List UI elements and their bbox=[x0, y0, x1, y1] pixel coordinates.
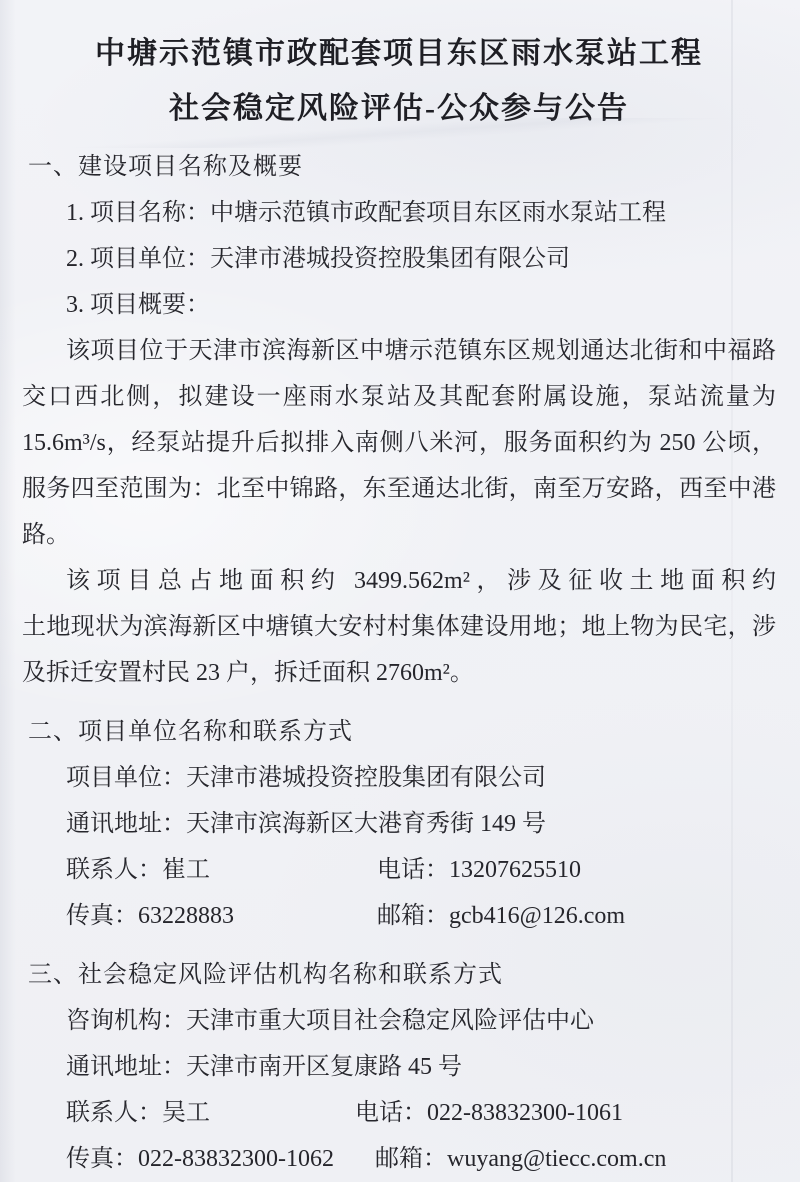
owner-unit-row: 项目单位：天津市港城投资控股集团有限公司 bbox=[66, 755, 776, 801]
assessor-fax: 传真：022-83832300-1062 bbox=[66, 1146, 334, 1172]
summary-paragraph-2-line-2: 土地现状为滨海新区中塘镇大安村村集体建设用地；地上物为民宅，涉 bbox=[22, 604, 776, 650]
summary-paragraph-1-line-2: 交口西北侧，拟建设一座雨水泵站及其配套附属设施，泵站流量为 bbox=[22, 374, 776, 420]
owner-address-row: 通讯地址：天津市滨海新区大港育秀街 149 号 bbox=[66, 801, 776, 847]
assessor-email: 邮箱：wuyang@tiecc.com.cn bbox=[375, 1136, 666, 1182]
assessor-contact-row: 联系人：吴工 电话：022-83832300-1061 bbox=[66, 1090, 776, 1136]
project-summary-item: 3. 项目概要： bbox=[66, 282, 776, 328]
project-name-item: 1. 项目名称：中塘示范镇市政配套项目东区雨水泵站工程 bbox=[66, 190, 776, 236]
owner-address-value: 通讯地址：天津市滨海新区大港育秀街 149 号 bbox=[66, 811, 546, 837]
assessor-address-row: 通讯地址：天津市南开区复康路 45 号 bbox=[66, 1044, 776, 1090]
summary-paragraph-1-line-3: 15.6m³/s，经泵站提升后拟排入南侧八米河，服务面积约为 250 公顷， bbox=[22, 420, 776, 466]
section-2-heading: 二、项目单位名称和联系方式 bbox=[28, 709, 776, 755]
assessor-address-value: 通讯地址：天津市南开区复康路 45 号 bbox=[66, 1054, 462, 1080]
owner-contact-row: 联系人：崔工 电话：13207625510 bbox=[66, 847, 776, 893]
assessor-fax-row: 传真：022-83832300-1062 邮箱：wuyang@tiecc.com… bbox=[66, 1136, 776, 1182]
owner-unit-value: 项目单位：天津市港城投资控股集团有限公司 bbox=[66, 765, 546, 791]
owner-phone: 电话：13207625510 bbox=[377, 847, 581, 893]
owner-fax: 传真：63228883 bbox=[66, 903, 234, 929]
section-1-heading: 一、建设项目名称及概要 bbox=[28, 144, 776, 190]
summary-paragraph-1-line-4: 服务四至范围为：北至中锦路，东至通达北街，南至万安路，西至中港 bbox=[22, 466, 776, 512]
summary-paragraph-2-line-1: 该项目总占地面积约 3499.562m²，涉及征收土地面积约 3499.562m… bbox=[22, 558, 776, 604]
owner-fax-row: 传真：63228883 邮箱：gcb416@126.com bbox=[66, 893, 776, 939]
notice-title-line-1: 中塘示范镇市政配套项目东区雨水泵站工程 bbox=[22, 26, 776, 81]
assessor-agency-value: 咨询机构：天津市重大项目社会稳定风险评估中心 bbox=[66, 1008, 594, 1034]
owner-email: 邮箱：gcb416@126.com bbox=[377, 893, 625, 939]
scanned-notice-page: 中塘示范镇市政配套项目东区雨水泵站工程 社会稳定风险评估-公众参与公告 一、建设… bbox=[0, 0, 800, 1182]
summary-paragraph-2-line-3: 及拆迁安置村民 23 户，拆迁面积 2760m²。 bbox=[22, 650, 776, 696]
section-3-heading: 三、社会稳定风险评估机构名称和联系方式 bbox=[28, 952, 776, 998]
owner-contact-person: 联系人：崔工 bbox=[66, 857, 210, 883]
summary-paragraph-1-line-5: 路。 bbox=[22, 512, 776, 558]
assessor-phone: 电话：022-83832300-1061 bbox=[355, 1090, 623, 1136]
assessor-contact-person: 联系人：吴工 bbox=[66, 1100, 210, 1126]
notice-title-line-2: 社会稳定风险评估-公众参与公告 bbox=[22, 81, 776, 136]
project-unit-item: 2. 项目单位：天津市港城投资控股集团有限公司 bbox=[66, 236, 776, 282]
assessor-agency-row: 咨询机构：天津市重大项目社会稳定风险评估中心 bbox=[66, 998, 776, 1044]
summary-paragraph-1-line-1: 该项目位于天津市滨海新区中塘示范镇东区规划通达北街和中福路 bbox=[22, 328, 776, 374]
